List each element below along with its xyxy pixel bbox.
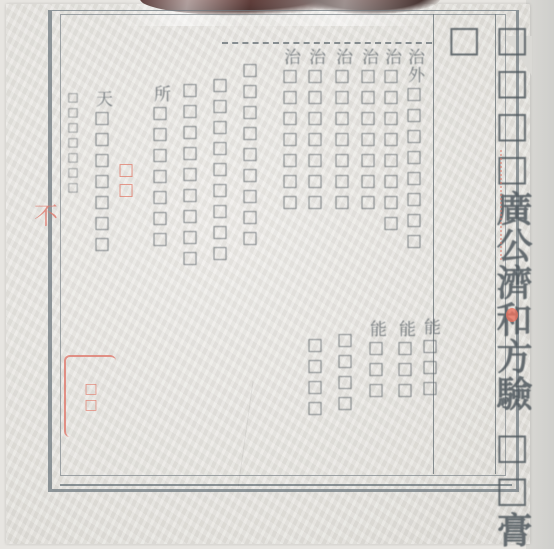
header-dashed-rule: [222, 42, 432, 44]
text-column: □□□□□□□□□: [180, 80, 199, 410]
faint-seal-trace: [500, 150, 528, 260]
document-title: □□□□廣公濟和方驗 □□膏□: [440, 18, 536, 549]
lower-text-column: □□□□: [305, 335, 324, 475]
text-column: 治□□□□□□□: [332, 48, 351, 298]
lower-text-column: 能□□□: [395, 320, 414, 470]
text-column: 治□□□□□□□□: [381, 48, 400, 298]
text-column: 治外□□□□□□□□: [404, 48, 423, 298]
text-column: □□□□□□□: [66, 90, 80, 190]
text-column: 所□□□□□□□: [150, 85, 169, 415]
text-column: □□□□□□□□□: [240, 60, 259, 360]
red-seal-dot: [506, 308, 518, 322]
lower-text-column: 能□□□: [420, 318, 439, 468]
lower-text-column: 能□□□: [366, 320, 385, 470]
text-column: □□□□□□□□□: [210, 75, 229, 405]
red-seal-mark: 不: [34, 196, 58, 231]
red-seal: □□: [112, 150, 140, 210]
text-column: 治□□□□□□□: [358, 48, 377, 298]
text-column: 治□□□□□□□: [305, 48, 324, 298]
red-seal: □□: [64, 355, 116, 437]
lower-text-column: □□□□: [335, 330, 354, 470]
text-column: 治□□□□□□□: [280, 48, 299, 298]
